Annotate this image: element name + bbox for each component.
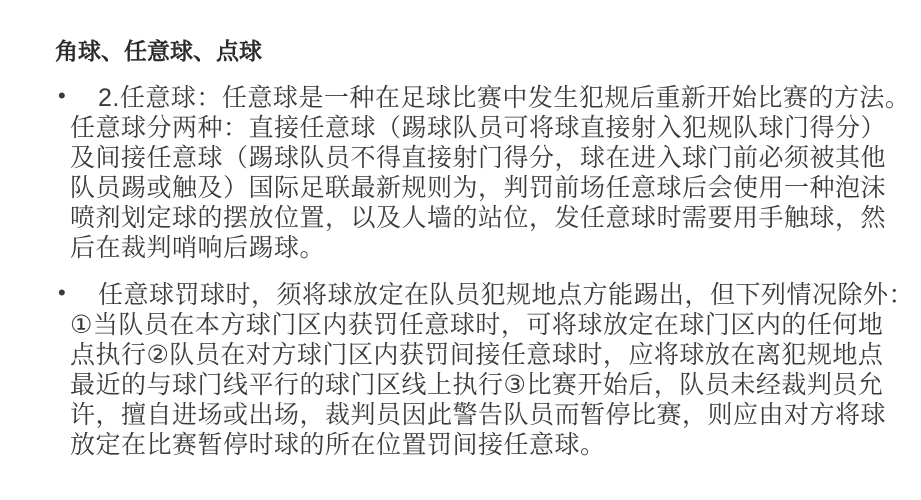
text-line: 点执行②队员在对方球门区内获罚间接任意球时，应将球放在离犯规地点 — [70, 340, 921, 370]
text-line: 及间接任意球（踢球队员不得直接射门得分，球在进入球门前必须被其他 — [70, 143, 921, 173]
text-line: ①当队员在本方球门区内获罚任意球时，可将球放定在球门区内的任何地 — [70, 310, 921, 340]
bullet-item-free-kick-definition: • 2.任意球：任意球是一种在足球比赛中发生犯规后重新开始比赛的方法。 任意球分… — [0, 83, 921, 263]
bullet-item-free-kick-placement-rules: • 任意球罚球时，须将球放定在队员犯规地点方能踢出，但下列情况除外： ①当队员在… — [0, 280, 921, 460]
text-line: 任意球罚球时，须将球放定在队员犯规地点方能踢出，但下列情况除外： — [70, 280, 921, 310]
text-line: 任意球分两种：直接任意球（踢球队员可将球直接射入犯规队球门得分） — [70, 113, 921, 143]
bullet-marker-icon: • — [58, 81, 66, 111]
bullet-marker-icon: • — [58, 278, 66, 308]
text-line: 队员踢或触及）国际足联最新规则为，判罚前场任意球后会使用一种泡沫 — [70, 173, 921, 203]
bullet-text-block: 任意球罚球时，须将球放定在队员犯规地点方能踢出，但下列情况除外： ①当队员在本方… — [70, 280, 921, 460]
bullet-list: • 2.任意球：任意球是一种在足球比赛中发生犯规后重新开始比赛的方法。 任意球分… — [0, 83, 921, 477]
page-title: 角球、任意球、点球 — [55, 36, 262, 66]
text-line: 2.任意球：任意球是一种在足球比赛中发生犯规后重新开始比赛的方法。 — [70, 83, 921, 113]
document-page: 角球、任意球、点球 • 2.任意球：任意球是一种在足球比赛中发生犯规后重新开始比… — [0, 0, 921, 500]
text-line: 后在裁判哨响后踢球。 — [70, 233, 921, 263]
bullet-text-block: 2.任意球：任意球是一种在足球比赛中发生犯规后重新开始比赛的方法。 任意球分两种… — [70, 83, 921, 263]
text-line: 最近的与球门线平行的球门区线上执行③比赛开始后，队员未经裁判员允 — [70, 370, 921, 400]
text-line: 放定在比赛暂停时球的所在位置罚间接任意球。 — [70, 430, 921, 460]
text-line: 喷剂划定球的摆放位置，以及人墙的站位，发任意球时需要用手触球，然 — [70, 203, 921, 233]
text-line: 许，擅自进场或出场，裁判员因此警告队员而暂停比赛，则应由对方将球 — [70, 400, 921, 430]
